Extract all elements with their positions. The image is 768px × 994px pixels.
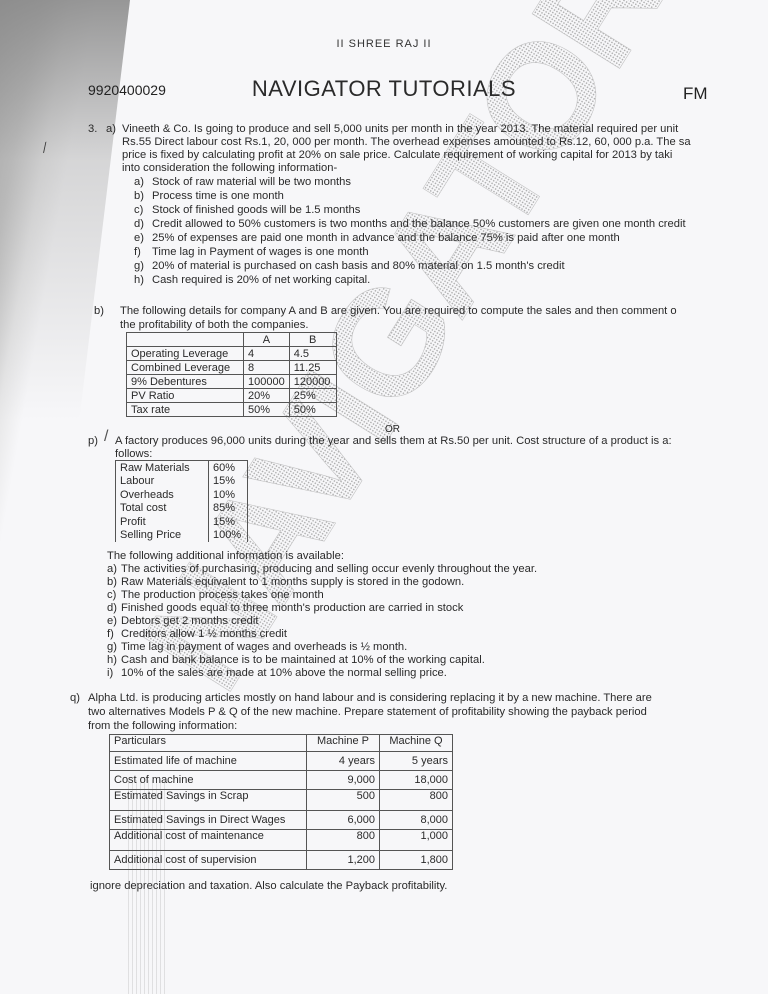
part-p-item: The activities of purchasing, producing … xyxy=(121,563,537,576)
table-header: Particulars xyxy=(110,735,307,752)
cost-structure-table: Raw Materials60% Labour15% Overheads10% … xyxy=(115,460,248,542)
part-a-item: Stock of finished goods will be 1.5 mont… xyxy=(152,204,360,217)
table-row: Raw Materials60% xyxy=(116,461,248,475)
table-row: Overheads10% xyxy=(116,488,248,501)
table-row: Selling Price100% xyxy=(116,528,248,542)
table-row: Labour15% xyxy=(116,475,248,488)
part-b-line: the profitability of both the companies. xyxy=(120,319,308,332)
table-row: PV Ratio20%25% xyxy=(127,389,337,403)
part-a-item-label: c) xyxy=(134,204,143,217)
part-a-item: 25% of expenses are paid one month in ad… xyxy=(152,232,620,245)
part-a-item-label: e) xyxy=(134,232,144,245)
part-a-label: a) xyxy=(106,123,116,136)
part-p-item: The production process takes one month xyxy=(121,589,324,602)
pen-slash: / xyxy=(104,430,108,443)
part-a-line: Vineeth & Co. Is going to produce and se… xyxy=(122,123,678,136)
leverage-table: AB Operating Leverage44.5 Combined Lever… xyxy=(126,332,337,417)
part-a-item: 20% of material is purchased on cash bas… xyxy=(152,260,565,273)
question-number: 3. xyxy=(88,123,97,136)
part-p-item: Time lag in payment of wages and overhea… xyxy=(121,641,407,654)
part-a-item-label: f) xyxy=(134,246,141,259)
part-q-line: from the following information: xyxy=(88,720,237,733)
table-header: B xyxy=(289,333,336,347)
scan-noise xyxy=(128,780,168,994)
header-shree: II SHREE RAJ II xyxy=(0,38,768,50)
table-header: Machine P xyxy=(307,735,380,752)
part-p-item: Raw Materials equivalent to 1 months sup… xyxy=(121,576,464,589)
part-a-line: into consideration the following informa… xyxy=(122,162,337,175)
part-p-item-label: h) xyxy=(107,654,117,667)
part-p-item-label: b) xyxy=(107,576,117,589)
part-p-item: 10% of the sales are made at 10% above t… xyxy=(121,667,447,680)
table-header: Machine Q xyxy=(380,735,453,752)
part-b-line: The following details for company A and … xyxy=(120,305,677,318)
part-p-item-label: e) xyxy=(107,615,117,628)
table-row: Tax rate50%50% xyxy=(127,403,337,417)
part-a-item-label: b) xyxy=(134,190,144,203)
part-a-item-label: d) xyxy=(134,218,144,231)
part-q-line: two alternatives Models P & Q of the new… xyxy=(88,706,647,719)
part-p-item: Debtors get 2 months credit xyxy=(121,615,258,628)
part-a-item-label: g) xyxy=(134,260,144,273)
table-row: 9% Debentures100000120000 xyxy=(127,375,337,389)
table-row: Total cost85% xyxy=(116,501,248,514)
part-a-item: Stock of raw material will be two months xyxy=(152,176,351,189)
part-p-item-label: i) xyxy=(107,667,113,680)
page-title: NAVIGATOR TUTORIALS xyxy=(0,76,768,102)
table-row: Estimated life of machine4 years5 years xyxy=(110,752,453,771)
part-p-item: Creditors allow 1 ½ months credit xyxy=(121,628,287,641)
part-p-item: Cash and bank balance is to be maintaine… xyxy=(121,654,485,667)
part-a-item: Cash required is 20% of net working capi… xyxy=(152,274,370,287)
table-row: Operating Leverage44.5 xyxy=(127,347,337,361)
part-a-item-label: h) xyxy=(134,274,144,287)
part-p-item-label: g) xyxy=(107,641,117,654)
part-b-label: b) xyxy=(94,305,104,318)
part-q-line: Alpha Ltd. is producing articles mostly … xyxy=(88,692,652,705)
table-header xyxy=(127,333,244,347)
part-a-item: Credit allowed to 50% customers is two m… xyxy=(152,218,686,231)
part-q-label: q) xyxy=(70,692,80,705)
additional-info-heading: The following additional information is … xyxy=(107,550,344,563)
table-header: A xyxy=(244,333,290,347)
part-p-item-label: f) xyxy=(107,628,114,641)
part-p-item-label: a) xyxy=(107,563,117,576)
part-p-line: A factory produces 96,000 units during t… xyxy=(115,435,672,448)
part-p-item-label: d) xyxy=(107,602,117,615)
part-a-line: Rs.55 Direct labour cost Rs.1, 20, 000 p… xyxy=(122,136,691,149)
part-a-item-label: a) xyxy=(134,176,144,189)
subject-code: FM xyxy=(683,84,708,104)
part-p-label: p) xyxy=(88,435,98,448)
table-row: Combined Leverage811.25 xyxy=(127,361,337,375)
part-a-item: Time lag in Payment of wages is one mont… xyxy=(152,246,369,259)
table-row: Profit15% xyxy=(116,515,248,528)
part-p-item: Finished goods equal to three month's pr… xyxy=(121,602,463,615)
part-a-line: price is fixed by calculating profit at … xyxy=(122,149,672,162)
part-a-item: Process time is one month xyxy=(152,190,284,203)
part-p-item-label: c) xyxy=(107,589,116,602)
